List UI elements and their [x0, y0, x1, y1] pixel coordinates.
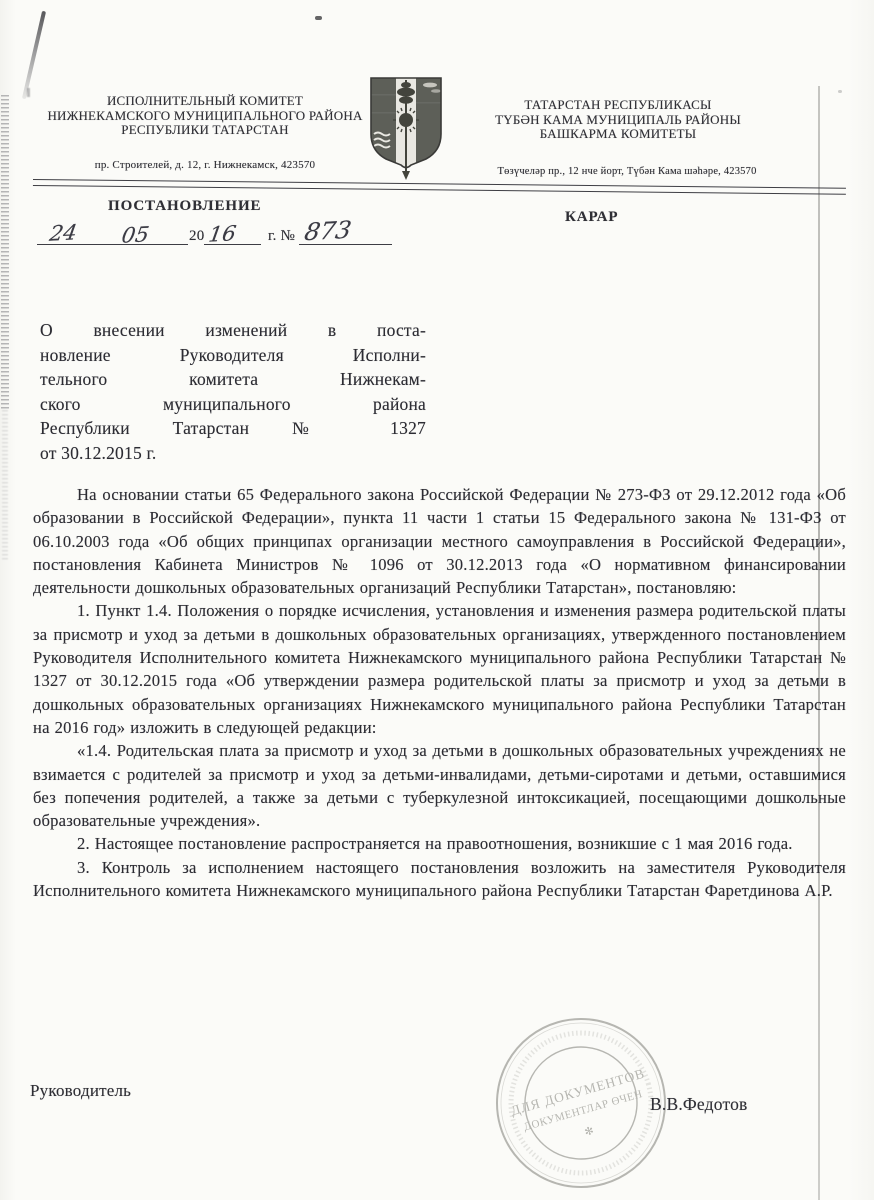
org-address-tatar: Төзүчеләр пр., 12 нче йорт, Түбән Кама ш… [462, 166, 792, 177]
signatory-name: В.В.Федотов [650, 1094, 748, 1115]
scan-artifact-speck [27, 88, 30, 97]
text-line: ТҮБӘН КАМА МУНИЦИПАЛЬ РАЙОНЫ [468, 113, 768, 128]
text-line: ИСПОЛНИТЕЛЬНЫЙ КОМИТЕТ [44, 94, 366, 109]
body-paragraph-item-2: 2. Настоящее постановление распространяе… [33, 832, 846, 855]
body-paragraph-item-1: 1. Пункт 1.4. Положения о порядке исчисл… [33, 599, 846, 739]
subject-paragraph: О внесении изменений в поста-новление Ру… [40, 318, 426, 466]
text-line: тельного комитета Нижнекам- [40, 367, 426, 392]
scanned-document-page: ИСПОЛНИТЕЛЬНЫЙ КОМИТЕТНИЖНЕКАМСКОГО МУНИ… [0, 0, 874, 1200]
date-month-handwritten: 05 [120, 222, 151, 247]
org-address-russian: пр. Строителей, д. 12, г. Нижнекамск, 42… [60, 159, 350, 171]
svg-text:✻: ✻ [583, 1125, 595, 1139]
date-year-handwritten: 16 [207, 221, 238, 246]
text-line: РЕСПУБЛИКИ ТАТАРСТАН [44, 123, 366, 138]
doc-number-handwritten: 873 [303, 216, 354, 246]
scan-artifact-left-edge [1, 95, 9, 410]
text-line: БАШКАРМА КОМИТЕТЫ [468, 127, 768, 142]
text-line: ского муниципального района [40, 392, 426, 417]
doc-title-tatar: КАРАР [565, 209, 618, 226]
scan-artifact-left-edge-faint [2, 410, 8, 560]
scan-artifact-speck [315, 16, 322, 20]
date-day-handwritten: 24 [48, 220, 79, 245]
text-line: О внесении изменений в поста- [40, 318, 426, 343]
doc-title-russian: ПОСТАНОВЛЕНИЕ [108, 198, 261, 215]
org-name-tatar: ТАТАРСТАН РЕСПУБЛИКАСЫТҮБӘН КАМА МУНИЦИП… [468, 98, 768, 142]
body-paragraph-preamble: На основании статьи 65 Федерального зако… [33, 483, 846, 599]
text-line: новление Руководителя Исполни- [40, 343, 426, 368]
coat-of-arms-icon [364, 72, 448, 184]
body-paragraph-quote-1-4: «1.4. Родительская плата за присмотр и у… [33, 739, 846, 832]
scan-artifact-speck [838, 90, 842, 93]
year-prefix-printed: 20 [189, 228, 204, 245]
body-paragraph-item-3: 3. Контроль за исполнением настоящего по… [33, 856, 846, 903]
number-label-printed: г. № [268, 228, 295, 245]
text-line: от 30.12.2015 г. [40, 441, 426, 466]
official-stamp: ДЛЯ ДОКУМЕНТОВ ДОКУМЕНТЛАР ӨЧЕН ✻ [486, 1008, 676, 1198]
org-name-russian: ИСПОЛНИТЕЛЬНЫЙ КОМИТЕТНИЖНЕКАМСКОГО МУНИ… [44, 94, 366, 138]
text-line: НИЖНЕКАМСКОГО МУНИЦИПАЛЬНОГО РАЙОНА [44, 109, 366, 124]
scan-artifact-pen-slash [22, 11, 46, 100]
signature-title: Руководитель [30, 1081, 131, 1101]
text-line: ТАТАРСТАН РЕСПУБЛИКАСЫ [468, 98, 768, 113]
text-line: Республики Татарстан № 1327 [40, 416, 426, 441]
body-text: На основании статьи 65 Федерального зако… [33, 483, 846, 902]
